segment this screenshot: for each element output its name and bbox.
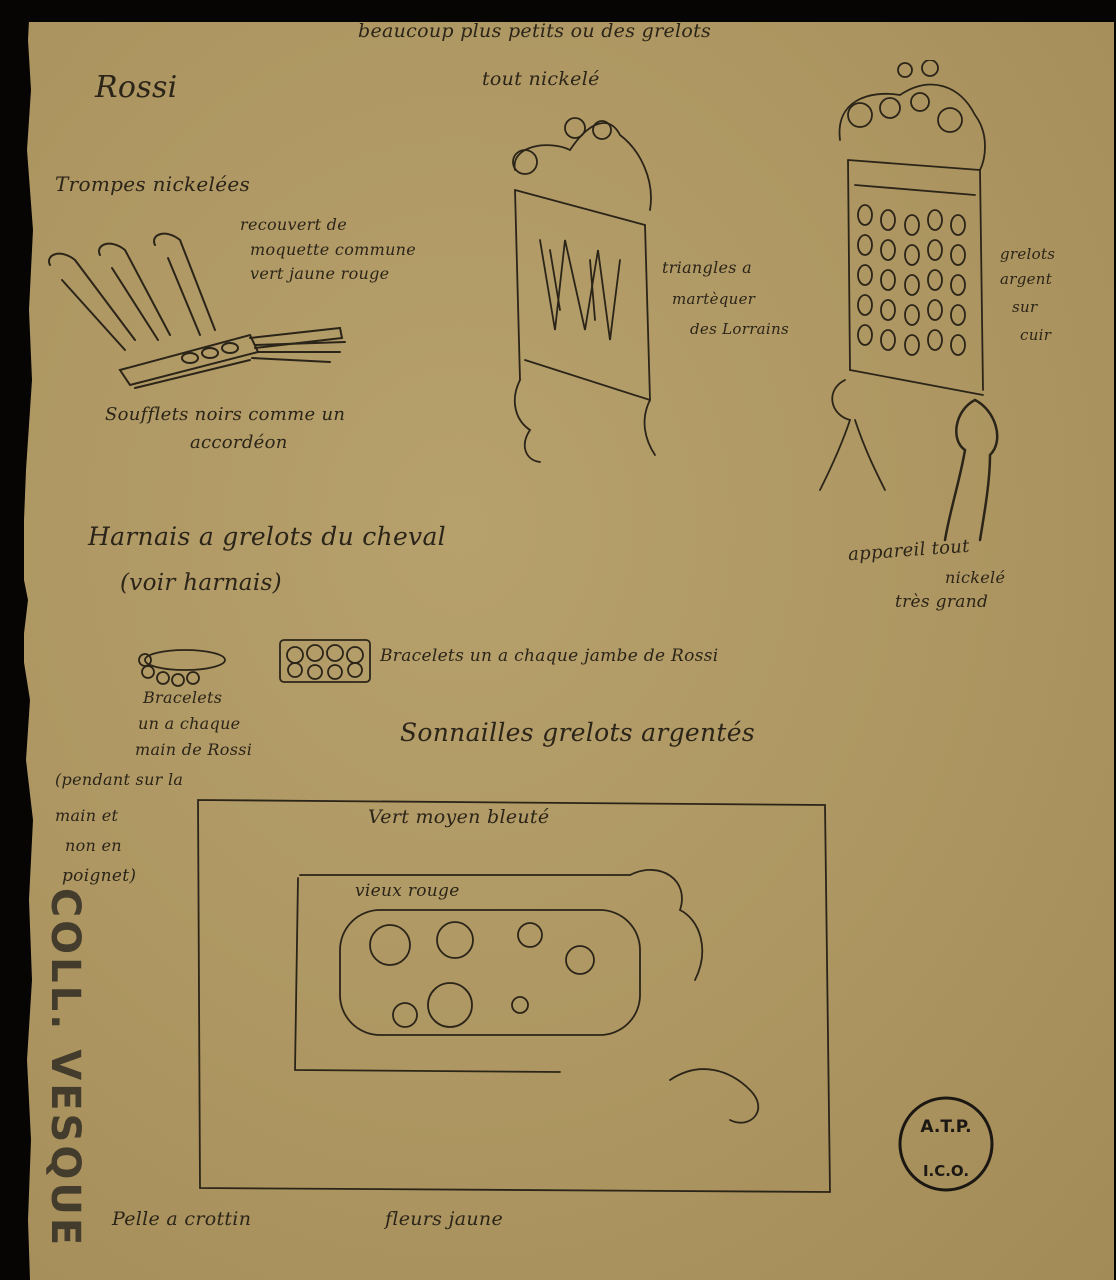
label-fleurs-jaune: fleurs jaune xyxy=(385,1208,503,1230)
note-pendant-2: main et xyxy=(55,806,118,825)
svg-text:A.T.P.: A.T.P. xyxy=(920,1117,971,1137)
sketch-bracelets xyxy=(130,630,390,700)
sketch-triangles-frame xyxy=(490,100,680,480)
note-bracelets-hand-2: un a chaque xyxy=(138,714,240,733)
label-harnais: Harnais a grelots du cheval xyxy=(88,522,446,551)
note-triangles-3: des Lorrains xyxy=(690,320,789,338)
note-pendant-3: non en xyxy=(65,836,122,855)
atp-stamp: A.T.P. I.C.O. xyxy=(896,1094,996,1194)
label-pelle: Pelle a crottin xyxy=(112,1208,251,1230)
sketch-trompes xyxy=(40,220,380,420)
note-pendant-1: (pendant sur la xyxy=(55,770,183,789)
sketch-rug-frame xyxy=(190,780,840,1200)
note-triangles-2: martèquer xyxy=(672,290,755,308)
label-sonnailles: Sonnailles grelots argentés xyxy=(400,718,755,747)
label-voir-harnais: (voir harnais) xyxy=(120,570,282,596)
note-appareil-3: très grand xyxy=(895,592,988,612)
sketch-grelots-apparatus xyxy=(800,60,1020,550)
note-bracelets-hand-3: main de Rossi xyxy=(135,740,252,759)
label-rossi: Rossi xyxy=(95,70,178,105)
note-grelots-4: cuir xyxy=(1020,326,1051,344)
note-soufflets-2: accordéon xyxy=(190,432,288,453)
collection-stamp: COLL. VESQUE xyxy=(40,915,90,1220)
note-bracelets-ankle: Bracelets un a chaque jambe de Rossi xyxy=(380,646,718,666)
svg-text:I.C.O.: I.C.O. xyxy=(923,1162,969,1180)
note-pendant-4: poignet) xyxy=(62,866,136,886)
note-top-line2: tout nickelé xyxy=(482,68,600,90)
note-appareil-2: nickelé xyxy=(945,568,1005,587)
label-trompes: Trompes nickelées xyxy=(55,172,250,196)
note-top-line1: beaucoup plus petits ou des grelots xyxy=(358,20,711,42)
